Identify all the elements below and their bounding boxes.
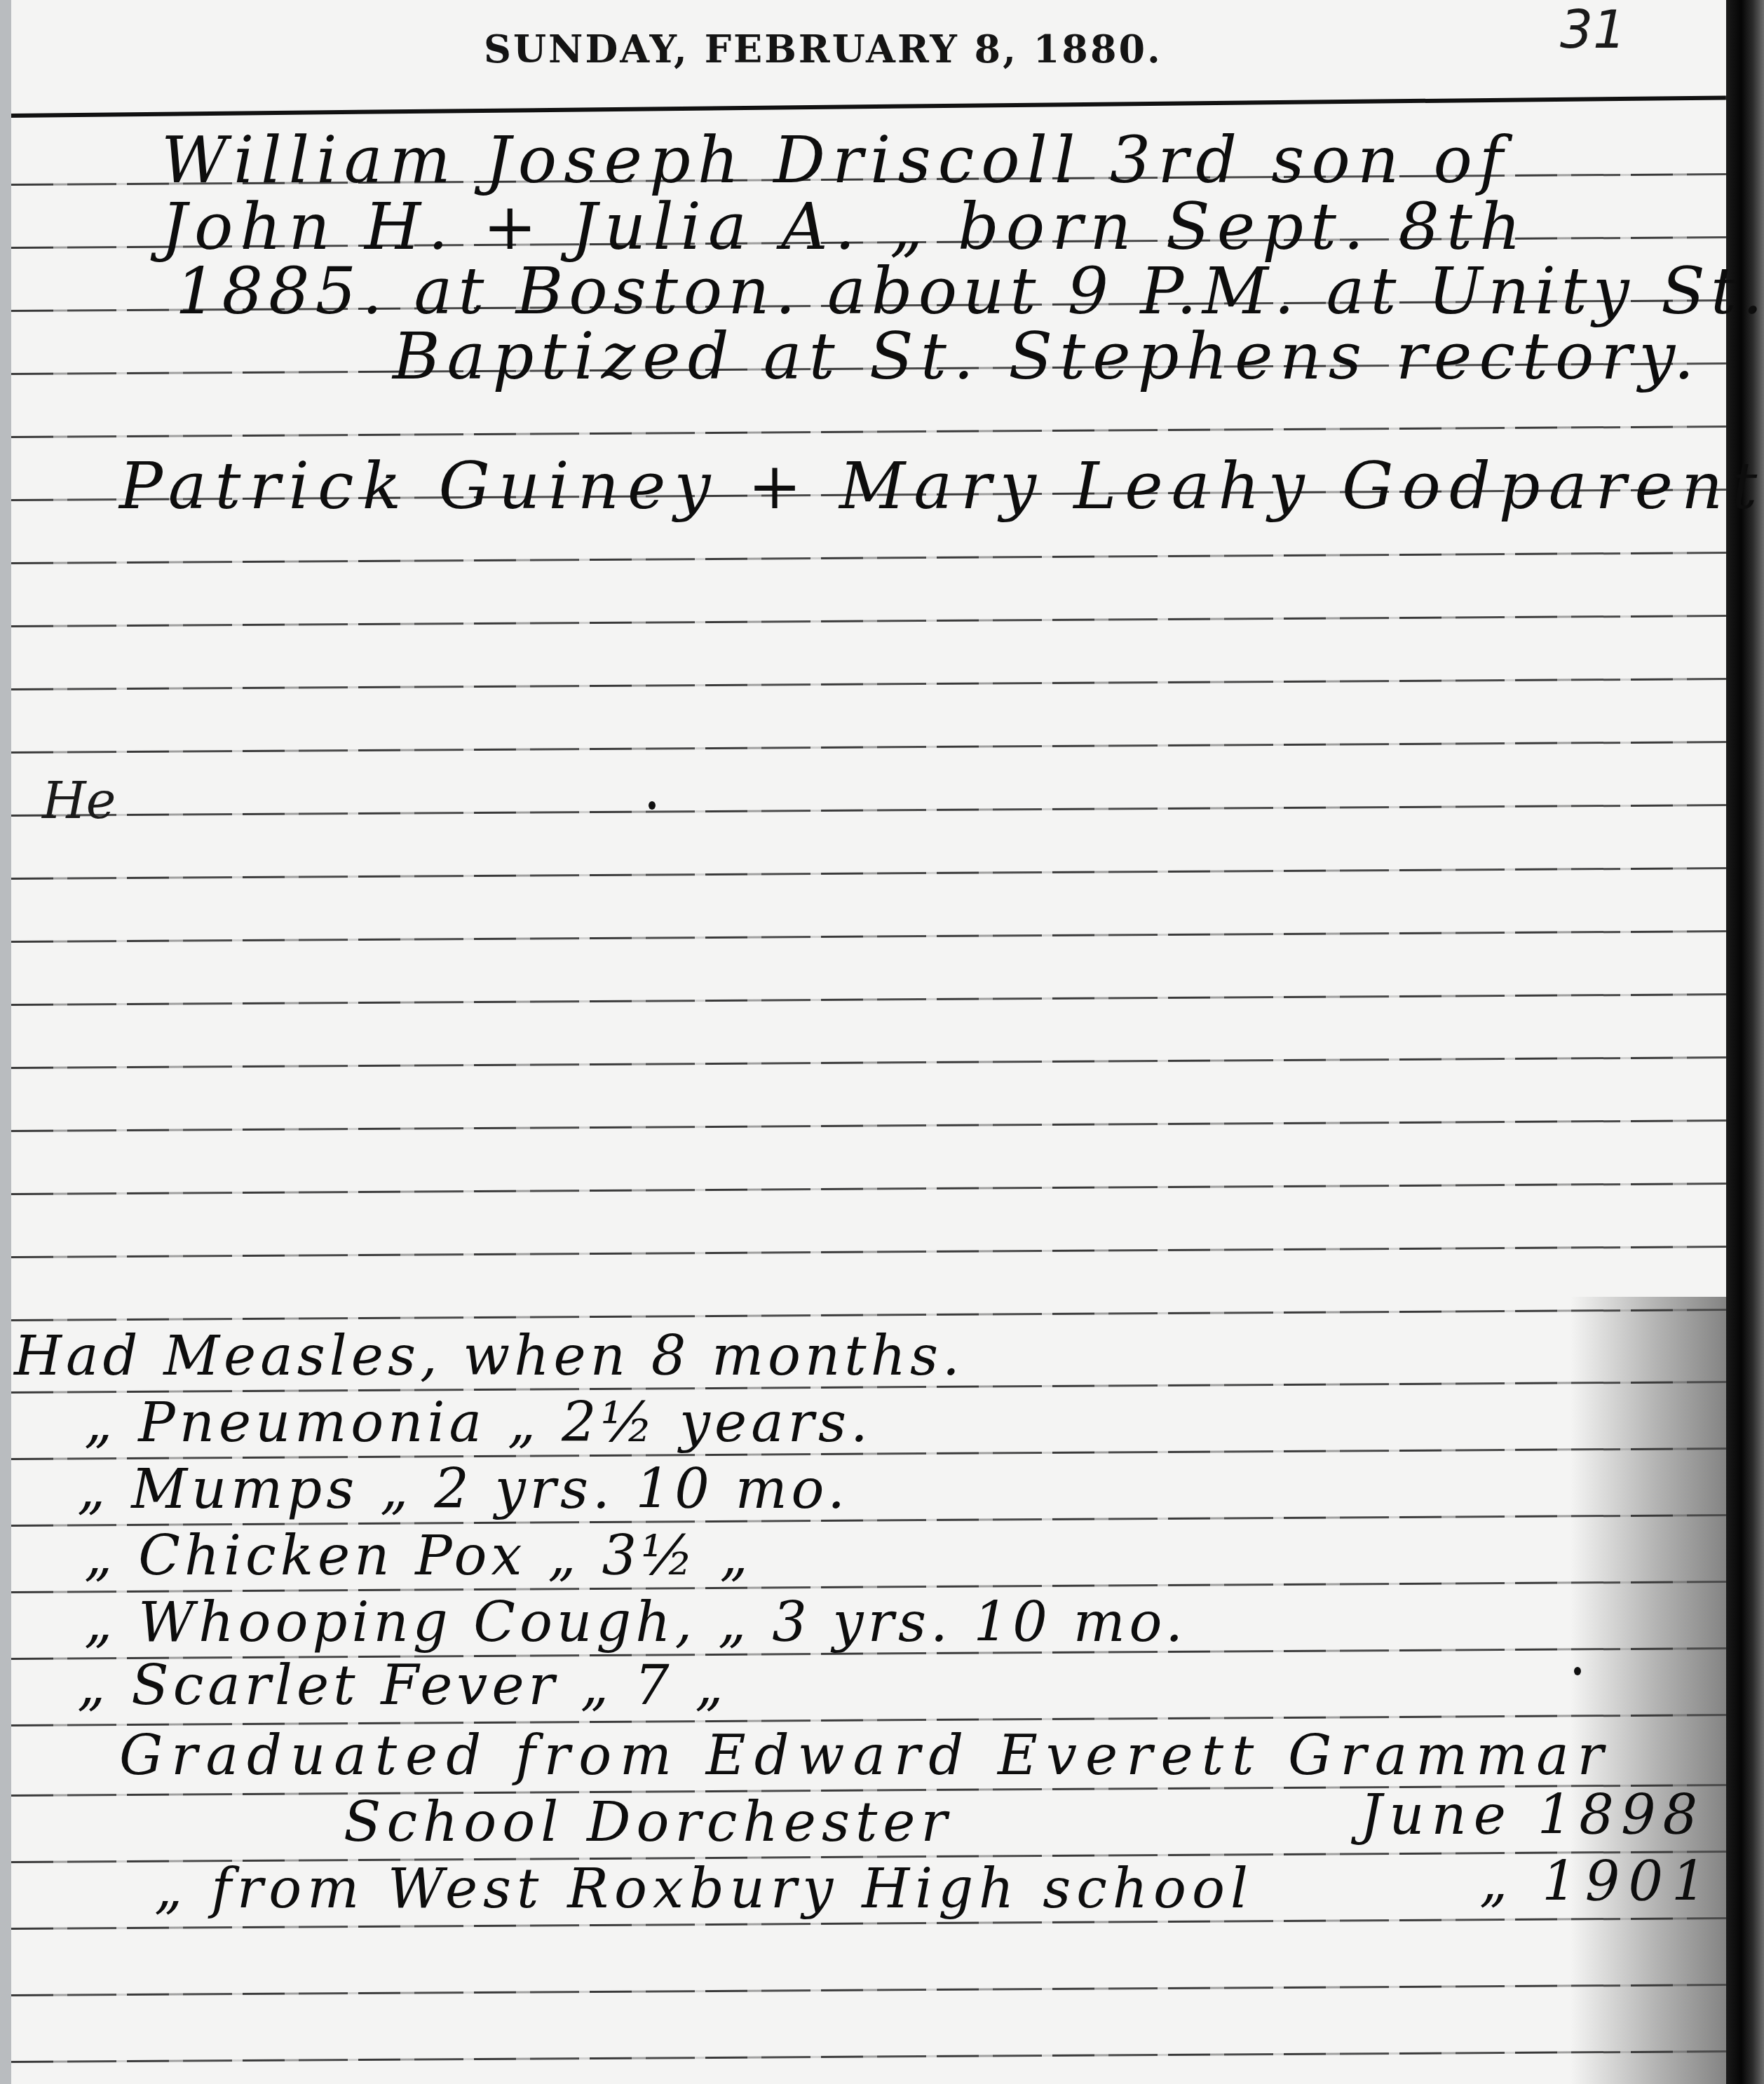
ink-dot [649,801,656,810]
margin-note: He [42,771,116,830]
education-date-grammar: June 1898 [1360,1784,1704,1847]
illness-line-chicken-pox: „ Chicken Pox „ 3½ „ [84,1525,752,1588]
entry-line-place-time: 1885. at Boston. about 9 P.M. at Unity S… [175,254,1764,329]
education-line-highschool: „ from West Roxbury High school [154,1858,1254,1921]
page-left-edge [0,0,11,2084]
education-line-school: School Dorchester [344,1791,953,1854]
illness-line-pneumonia: „ Pneumonia „ 2½ years. [84,1391,872,1455]
education-date-highschool: „ 1901 [1479,1851,1715,1914]
illness-line-scarlet-fever: „ Scarlet Fever „ 7 „ [77,1654,728,1717]
entry-line-baptism: Baptized at St. Stephens rectory. [393,319,1701,394]
entry-line-parents-birth: John H. + Julia A. „ born Sept. 8th [161,189,1528,264]
page-date-header: SUNDAY, FEBRUARY 8, 1880. [484,27,1290,71]
ink-dot [1574,1667,1581,1675]
illness-line-whooping-cough: „ Whooping Cough, „ 3 yrs. 10 mo. [84,1591,1187,1654]
entry-line-name: William Joseph Driscoll 3rd son of [161,123,1510,198]
binding-shadow [1570,1297,1726,2084]
illness-line-measles: Had Measles, when 8 months. [14,1325,964,1388]
education-line-grammar: Graduated from Edward Everett Grammar [119,1724,1612,1787]
entry-line-godparents: Patrick Guiney + Mary Leahy Godparent. [119,449,1764,524]
page-number: 31 [1560,0,1626,60]
illness-line-mumps: „ Mumps „ 2 yrs. 10 mo. [77,1458,849,1521]
